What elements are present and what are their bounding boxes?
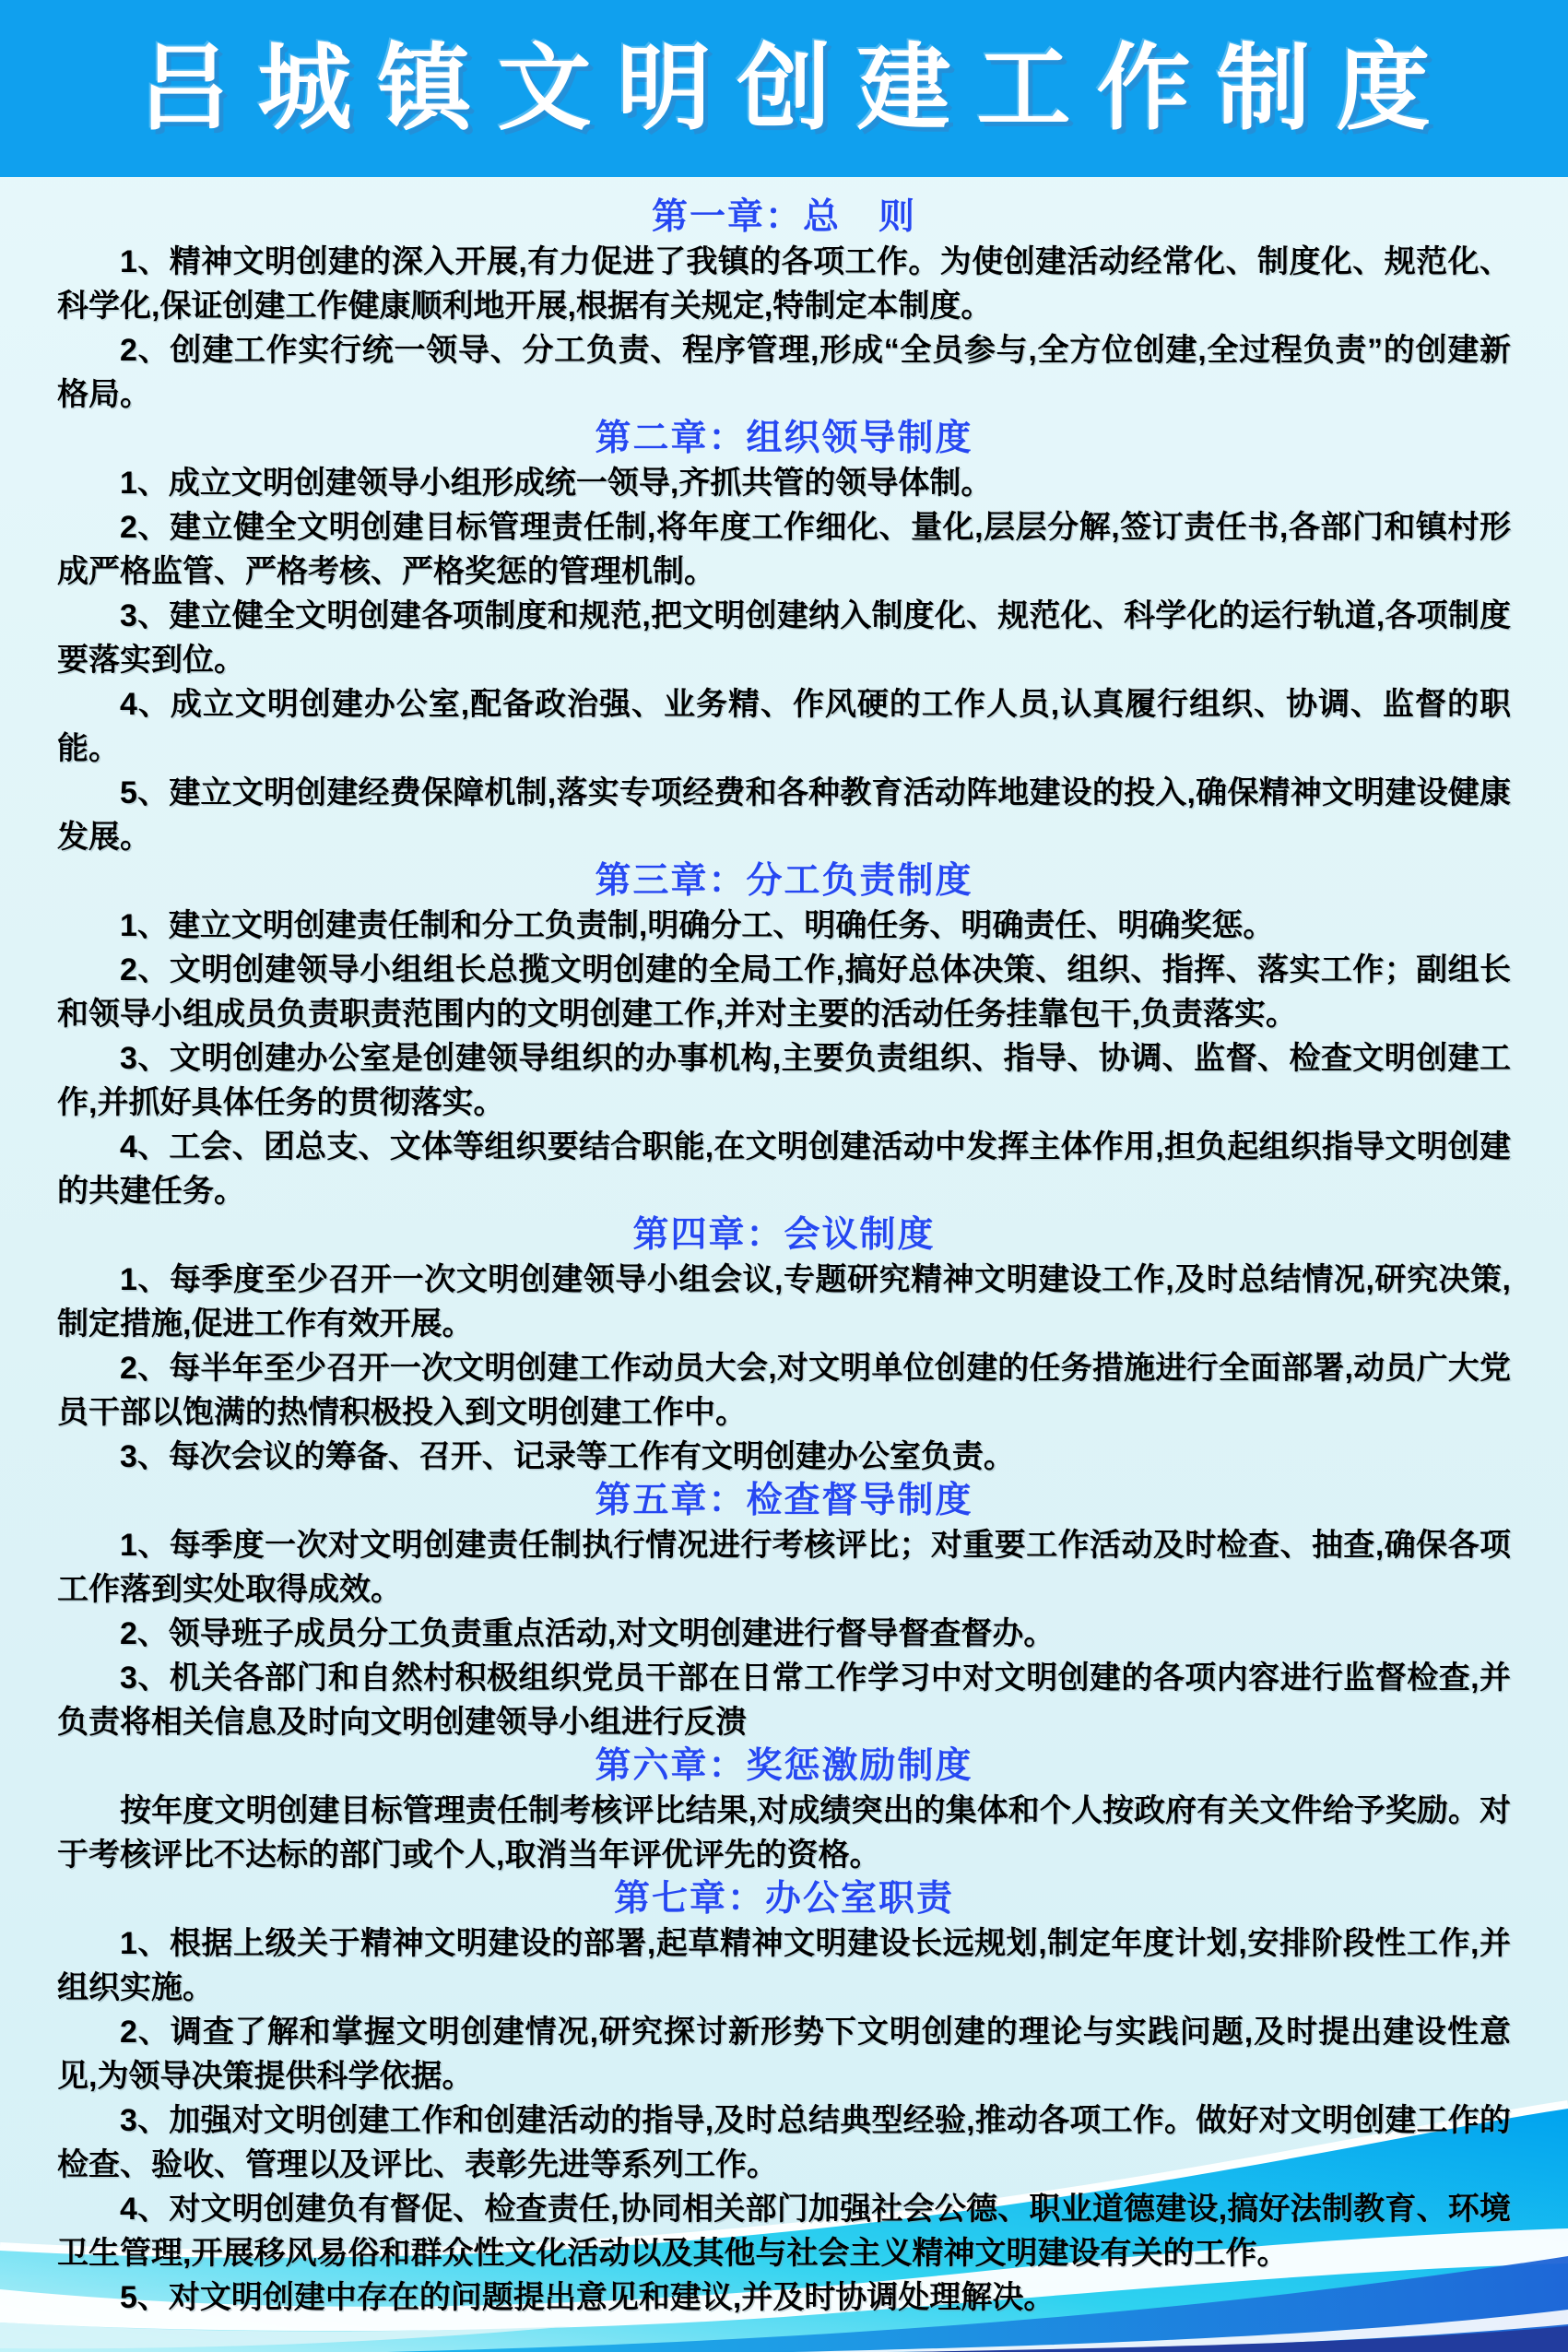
paragraph: 4、成立文明创建办公室,配备政治强、业务精、作风硬的工作人员,认真履行组织、协调…: [57, 682, 1511, 771]
paragraph: 3、文明创建办公室是创建领导组织的办事机构,主要负责组织、指导、协调、监督、检查…: [57, 1036, 1511, 1125]
paragraph: 1、每季度至少召开一次文明创建领导小组会议,专题研究精神文明建设工作,及时总结情…: [57, 1258, 1511, 1346]
paragraph: 5、建立文明创建经费保障机制,落实专项经费和各种教育活动阵地建设的投入,确保精神…: [57, 771, 1511, 859]
paragraph: 1、每季度一次对文明创建责任制执行情况进行考核评比；对重要工作活动及时检查、抽查…: [57, 1523, 1511, 1612]
chapter-heading-1: 第一章：总 则: [0, 195, 1568, 240]
chapter-heading-6: 第六章：奖惩激励制度: [0, 1744, 1568, 1789]
chapter-heading-7: 第七章：办公室职责: [0, 1877, 1568, 1921]
paragraph: 5、对文明创建中存在的问题提出意见和建议,并及时协调处理解决。: [57, 2275, 1511, 2320]
document-body: 第一章：总 则1、精神文明创建的深入开展,有力促进了我镇的各项工作。为使创建活动…: [0, 177, 1568, 2320]
paragraph: 1、根据上级关于精神文明建设的部署,起草精神文明建设长远规划,制定年度计划,安排…: [57, 1921, 1511, 2010]
poster-header: 吕城镇文明创建工作制度: [0, 0, 1568, 177]
wave-navy-stripe: [903, 2326, 1568, 2352]
paragraph: 3、加强对文明创建工作和创建活动的指导,及时总结典型经验,推动各项工作。做好对文…: [57, 2098, 1511, 2187]
paragraph: 2、建立健全文明创建目标管理责任制,将年度工作细化、量化,层层分解,签订责任书,…: [57, 505, 1511, 594]
paragraph: 1、精神文明创建的深入开展,有力促进了我镇的各项工作。为使创建活动经常化、制度化…: [57, 240, 1511, 328]
chapter-heading-4: 第四章：会议制度: [0, 1213, 1568, 1258]
poster-title: 吕城镇文明创建工作制度: [0, 0, 1568, 177]
paragraph: 2、调查了解和掌握文明创建情况,研究探讨新形势下文明创建的理论与实践问题,及时提…: [57, 2010, 1511, 2098]
paragraph: 2、文明创建领导小组组长总揽文明创建的全局工作,搞好总体决策、组织、指挥、落实工…: [57, 948, 1511, 1036]
chapter-heading-2: 第二章：组织领导制度: [0, 417, 1568, 461]
paragraph: 3、建立健全文明创建各项制度和规范,把文明创建纳入制度化、规范化、科学化的运行轨…: [57, 594, 1511, 682]
poster-page: 吕城镇文明创建工作制度 第一章：总 则1、精神: [0, 0, 1568, 2352]
paragraph: 4、工会、团总支、文体等组织要结合职能,在文明创建活动中发挥主体作用,担负起组织…: [57, 1125, 1511, 1213]
paragraph: 1、成立文明创建领导小组形成统一领导,齐抓共管的领导体制。: [57, 461, 1511, 505]
paragraph: 1、建立文明创建责任制和分工负责制,明确分工、明确任务、明确责任、明确奖惩。: [57, 904, 1511, 948]
paragraph: 4、对文明创建负有督促、检查责任,协同相关部门加强社会公德、职业道德建设,搞好法…: [57, 2187, 1511, 2275]
chapter-heading-3: 第三章：分工负责制度: [0, 859, 1568, 904]
paragraph: 2、领导班子成员分工负责重点活动,对文明创建进行督导督查督办。: [57, 1612, 1511, 1656]
paragraph: 2、每半年至少召开一次文明创建工作动员大会,对文明单位创建的任务措施进行全面部署…: [57, 1346, 1511, 1435]
paragraph: 3、每次会议的筹备、召开、记录等工作有文明创建办公室负责。: [57, 1435, 1511, 1479]
chapter-heading-5: 第五章：检查督导制度: [0, 1479, 1568, 1523]
wave-light-corner: [0, 2322, 572, 2348]
paragraph: 2、创建工作实行统一领导、分工负责、程序管理,形成“全员参与,全方位创建,全过程…: [57, 328, 1511, 417]
paragraph: 3、机关各部门和自然村积极组织党员干部在日常工作学习中对文明创建的各项内容进行监…: [57, 1656, 1511, 1744]
paragraph: 按年度文明创建目标管理责任制考核评比结果,对成绩突出的集体和个人按政府有关文件给…: [57, 1789, 1511, 1877]
